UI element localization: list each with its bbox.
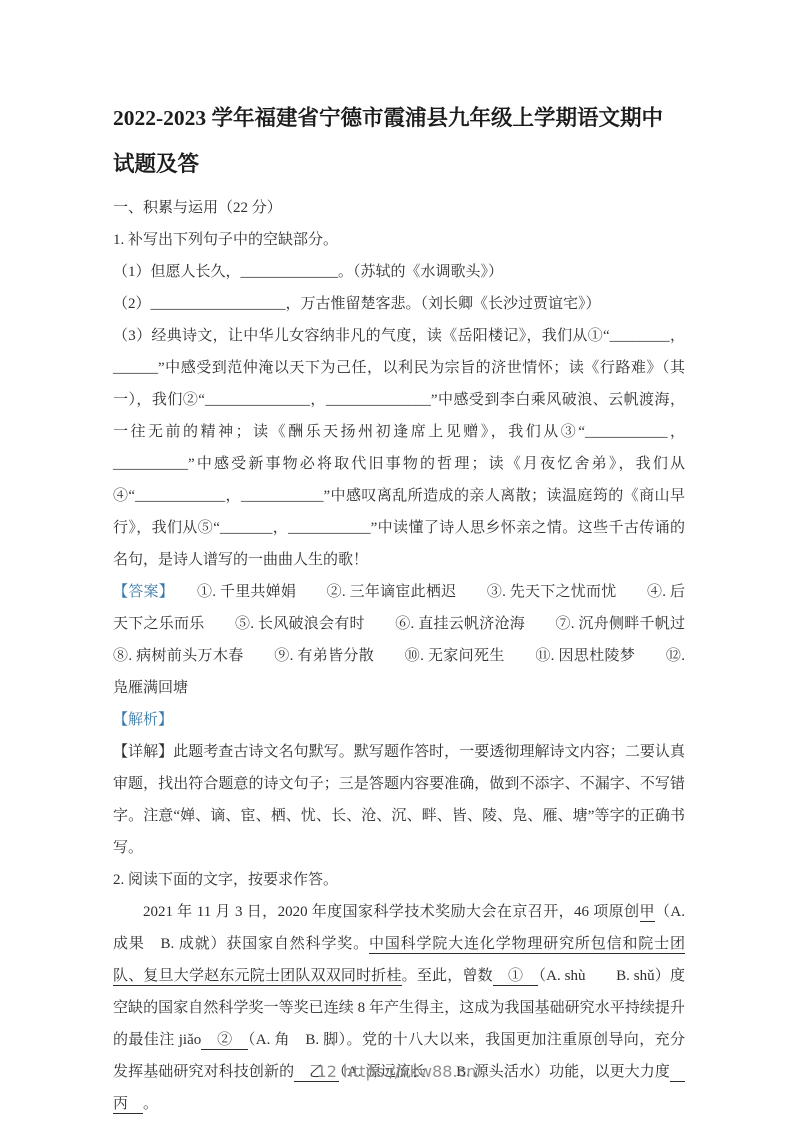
answer-label: 【答案】 [113,584,166,600]
page-footer: 12https://xkw88.cn [0,1062,793,1081]
passage-text-3: 。至此，曾数 [402,968,493,984]
exam-document: 2022-2023 学年福建省宁德市霞浦县九年级上学期语文期中 试题及答 一、积… [113,95,685,1120]
passage-text-1: 2021 年 11 月 3 日，2020 年度国家科学技术奖励大会在京召开，46… [143,904,640,920]
question-1-item-1: （1）但愿人长久，_____________。（苏轼的《水调歌头》） [113,256,685,288]
question-2-passage: 2021 年 11 月 3 日，2020 年度国家科学技术奖励大会在京召开，46… [113,896,685,1120]
analysis-detail: 【详解】此题考查古诗文名句默写。默写题作答时，一要透彻理解诗文内容；二要认真审题… [113,736,685,864]
page-title-line-2: 试题及答 [113,141,685,187]
answer-text: ①. 千里共婵娟 ②. 三年谪宦此栖迟 ③. 先天下之忧而忧 ④. 后天下之乐而… [113,584,715,696]
question-1-stem: 1. 补写出下列句子中的空缺部分。 [113,224,685,256]
passage-blank-1: ① [493,968,539,986]
page-number: 12 [317,1062,337,1081]
analysis-label: 【解析】 [113,712,173,728]
section-1-heading: 一、积累与运用（22 分） [113,192,685,224]
question-2-stem: 2. 阅读下面的文字，按要求作答。 [113,864,685,896]
question-1-item-3: （3）经典诗文，让中华儿女容纳非凡的气度，读《岳阳楼记》，我们从①“______… [113,320,685,576]
footer-url[interactable]: https://xkw88.cn [343,1062,477,1081]
question-1-answer-block: 【答案】 ①. 千里共婵娟 ②. 三年谪宦此栖迟 ③. 先天下之忧而忧 ④. 后… [113,576,685,704]
analysis-label-row: 【解析】 [113,704,685,736]
passage-blank-2: ② [201,1032,248,1050]
question-1-item-2: （2）__________________，万古惟留楚客悲。（刘长卿《长沙过贾谊… [113,288,685,320]
passage-text-7: 。 [143,1096,158,1112]
page-title: 2022-2023 学年福建省宁德市霞浦县九年级上学期语文期中 试题及答 [113,95,685,187]
passage-blank-jia: 甲 [640,904,655,922]
page-title-line-1: 2022-2023 学年福建省宁德市霞浦县九年级上学期语文期中 [113,95,685,141]
